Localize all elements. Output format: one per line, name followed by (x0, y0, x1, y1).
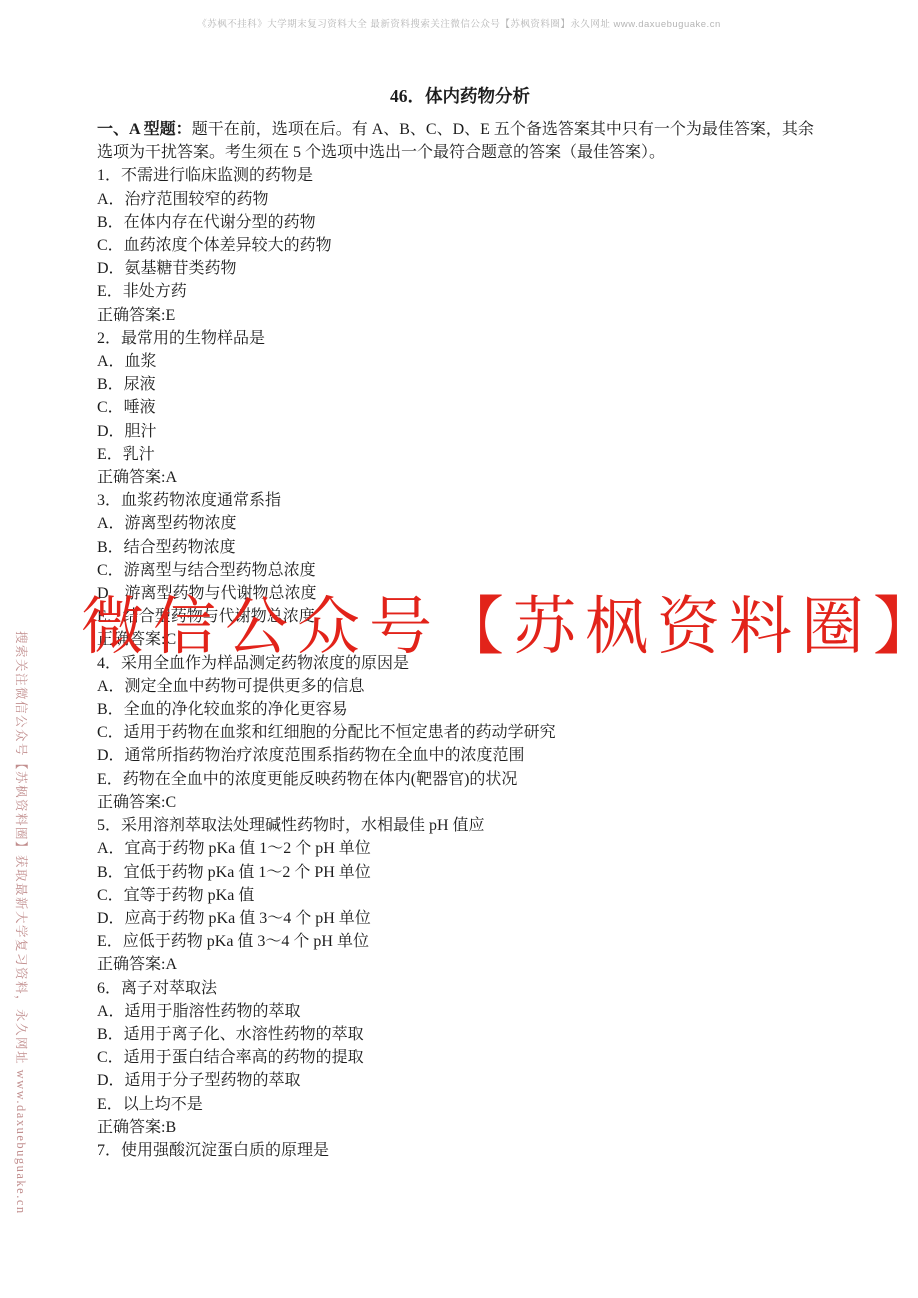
option-line: A．游离型药物浓度 (97, 512, 823, 535)
question-block: 2．最常用的生物样品是A．血浆B．尿液C．唾液D．胆汁E．乳汁正确答案:A (97, 327, 823, 489)
option-line: D．氨基糖苷类药物 (97, 257, 823, 280)
document-page: 《苏枫不挂科》大学期末复习资料大全 最新资料搜索关注微信公众号【苏枫资料圈】永久… (0, 0, 918, 1298)
section-intro: 一、A 型题：题干在前，选项在后。有 A、B、C、D、E 五个备选答案其中只有一… (97, 118, 823, 164)
option-line: C．唾液 (97, 396, 823, 419)
option-line: E．以上均不是 (97, 1093, 823, 1116)
answer-line: 正确答案:E (97, 304, 823, 327)
option-line: A．血浆 (97, 350, 823, 373)
option-line: B．结合型药物浓度 (97, 536, 823, 559)
page-title: 46．体内药物分析 (97, 84, 823, 108)
option-line: D．通常所指药物治疗浓度范围系指药物在全血中的浓度范围 (97, 744, 823, 767)
section-intro-body: 题干在前，选项在后。有 A、B、C、D、E 五个备选答案其中只有一个为最佳答案，… (97, 121, 814, 161)
question-stem: 3．血浆药物浓度通常系指 (97, 489, 823, 512)
page-header-promo-text: 《苏枫不挂科》大学期末复习资料大全 最新资料搜索关注微信公众号【苏枫资料圈】永久… (0, 16, 918, 30)
watermark-wechat-banner: 微信公众号【苏枫资料圈】 (81, 592, 918, 662)
option-line: A．测定全血中药物可提供更多的信息 (97, 675, 823, 698)
question-block: 6．离子对萃取法A．适用于脂溶性药物的萃取B．适用于离子化、水溶性药物的萃取C．… (97, 977, 823, 1139)
question-stem: 1．不需进行临床监测的药物是 (97, 164, 823, 187)
watermark-side-vertical: 搜索关注微信公众号【苏枫资料圈】获取最新大学复习资料，永久网址 www.daxu… (13, 631, 31, 1215)
answer-line: 正确答案:B (97, 1116, 823, 1139)
option-line: C．游离型与结合型药物总浓度 (97, 559, 823, 582)
option-line: B．适用于离子化、水溶性药物的萃取 (97, 1023, 823, 1046)
question-block: 5．采用溶剂萃取法处理碱性药物时，水相最佳 pH 值应A．宜高于药物 pKa 值… (97, 814, 823, 976)
question-stem: 5．采用溶剂萃取法处理碱性药物时，水相最佳 pH 值应 (97, 814, 823, 837)
option-line: C．血药浓度个体差异较大的药物 (97, 234, 823, 257)
option-line: A．适用于脂溶性药物的萃取 (97, 1000, 823, 1023)
option-line: E．药物在全血中的浓度更能反映药物在体内(靶器官)的状况 (97, 768, 823, 791)
question-block: 7．使用强酸沉淀蛋白质的原理是 (97, 1139, 823, 1162)
option-line: B．全血的净化较血浆的净化更容易 (97, 698, 823, 721)
question-stem: 6．离子对萃取法 (97, 977, 823, 1000)
option-line: D．应高于药物 pKa 值 3～4 个 pH 单位 (97, 907, 823, 930)
question-block: 4．采用全血作为样品测定药物浓度的原因是A．测定全血中药物可提供更多的信息B．全… (97, 652, 823, 814)
question-block: 1．不需进行临床监测的药物是A．治疗范围较窄的药物B．在体内存在代谢分型的药物C… (97, 164, 823, 326)
option-line: A．治疗范围较窄的药物 (97, 188, 823, 211)
section-intro-lead: 一、A 型题： (97, 121, 192, 138)
option-line: E．应低于药物 pKa 值 3～4 个 pH 单位 (97, 930, 823, 953)
option-line: C．宜等于药物 pKa 值 (97, 884, 823, 907)
option-line: D．适用于分子型药物的萃取 (97, 1069, 823, 1092)
answer-line: 正确答案:C (97, 791, 823, 814)
option-line: D．胆汁 (97, 420, 823, 443)
option-line: E．非处方药 (97, 280, 823, 303)
option-line: B．在体内存在代谢分型的药物 (97, 211, 823, 234)
answer-line: 正确答案:A (97, 466, 823, 489)
option-line: A．宜高于药物 pKa 值 1～2 个 pH 单位 (97, 837, 823, 860)
option-line: C．适用于蛋白结合率高的药物的提取 (97, 1046, 823, 1069)
question-stem: 2．最常用的生物样品是 (97, 327, 823, 350)
option-line: B．宜低于药物 pKa 值 1～2 个 PH 单位 (97, 861, 823, 884)
question-list: 1．不需进行临床监测的药物是A．治疗范围较窄的药物B．在体内存在代谢分型的药物C… (97, 164, 823, 1162)
option-line: E．乳汁 (97, 443, 823, 466)
option-line: C．适用于药物在血浆和红细胞的分配比不恒定患者的药动学研究 (97, 721, 823, 744)
question-stem: 7．使用强酸沉淀蛋白质的原理是 (97, 1139, 823, 1162)
option-line: B．尿液 (97, 373, 823, 396)
answer-line: 正确答案:A (97, 953, 823, 976)
